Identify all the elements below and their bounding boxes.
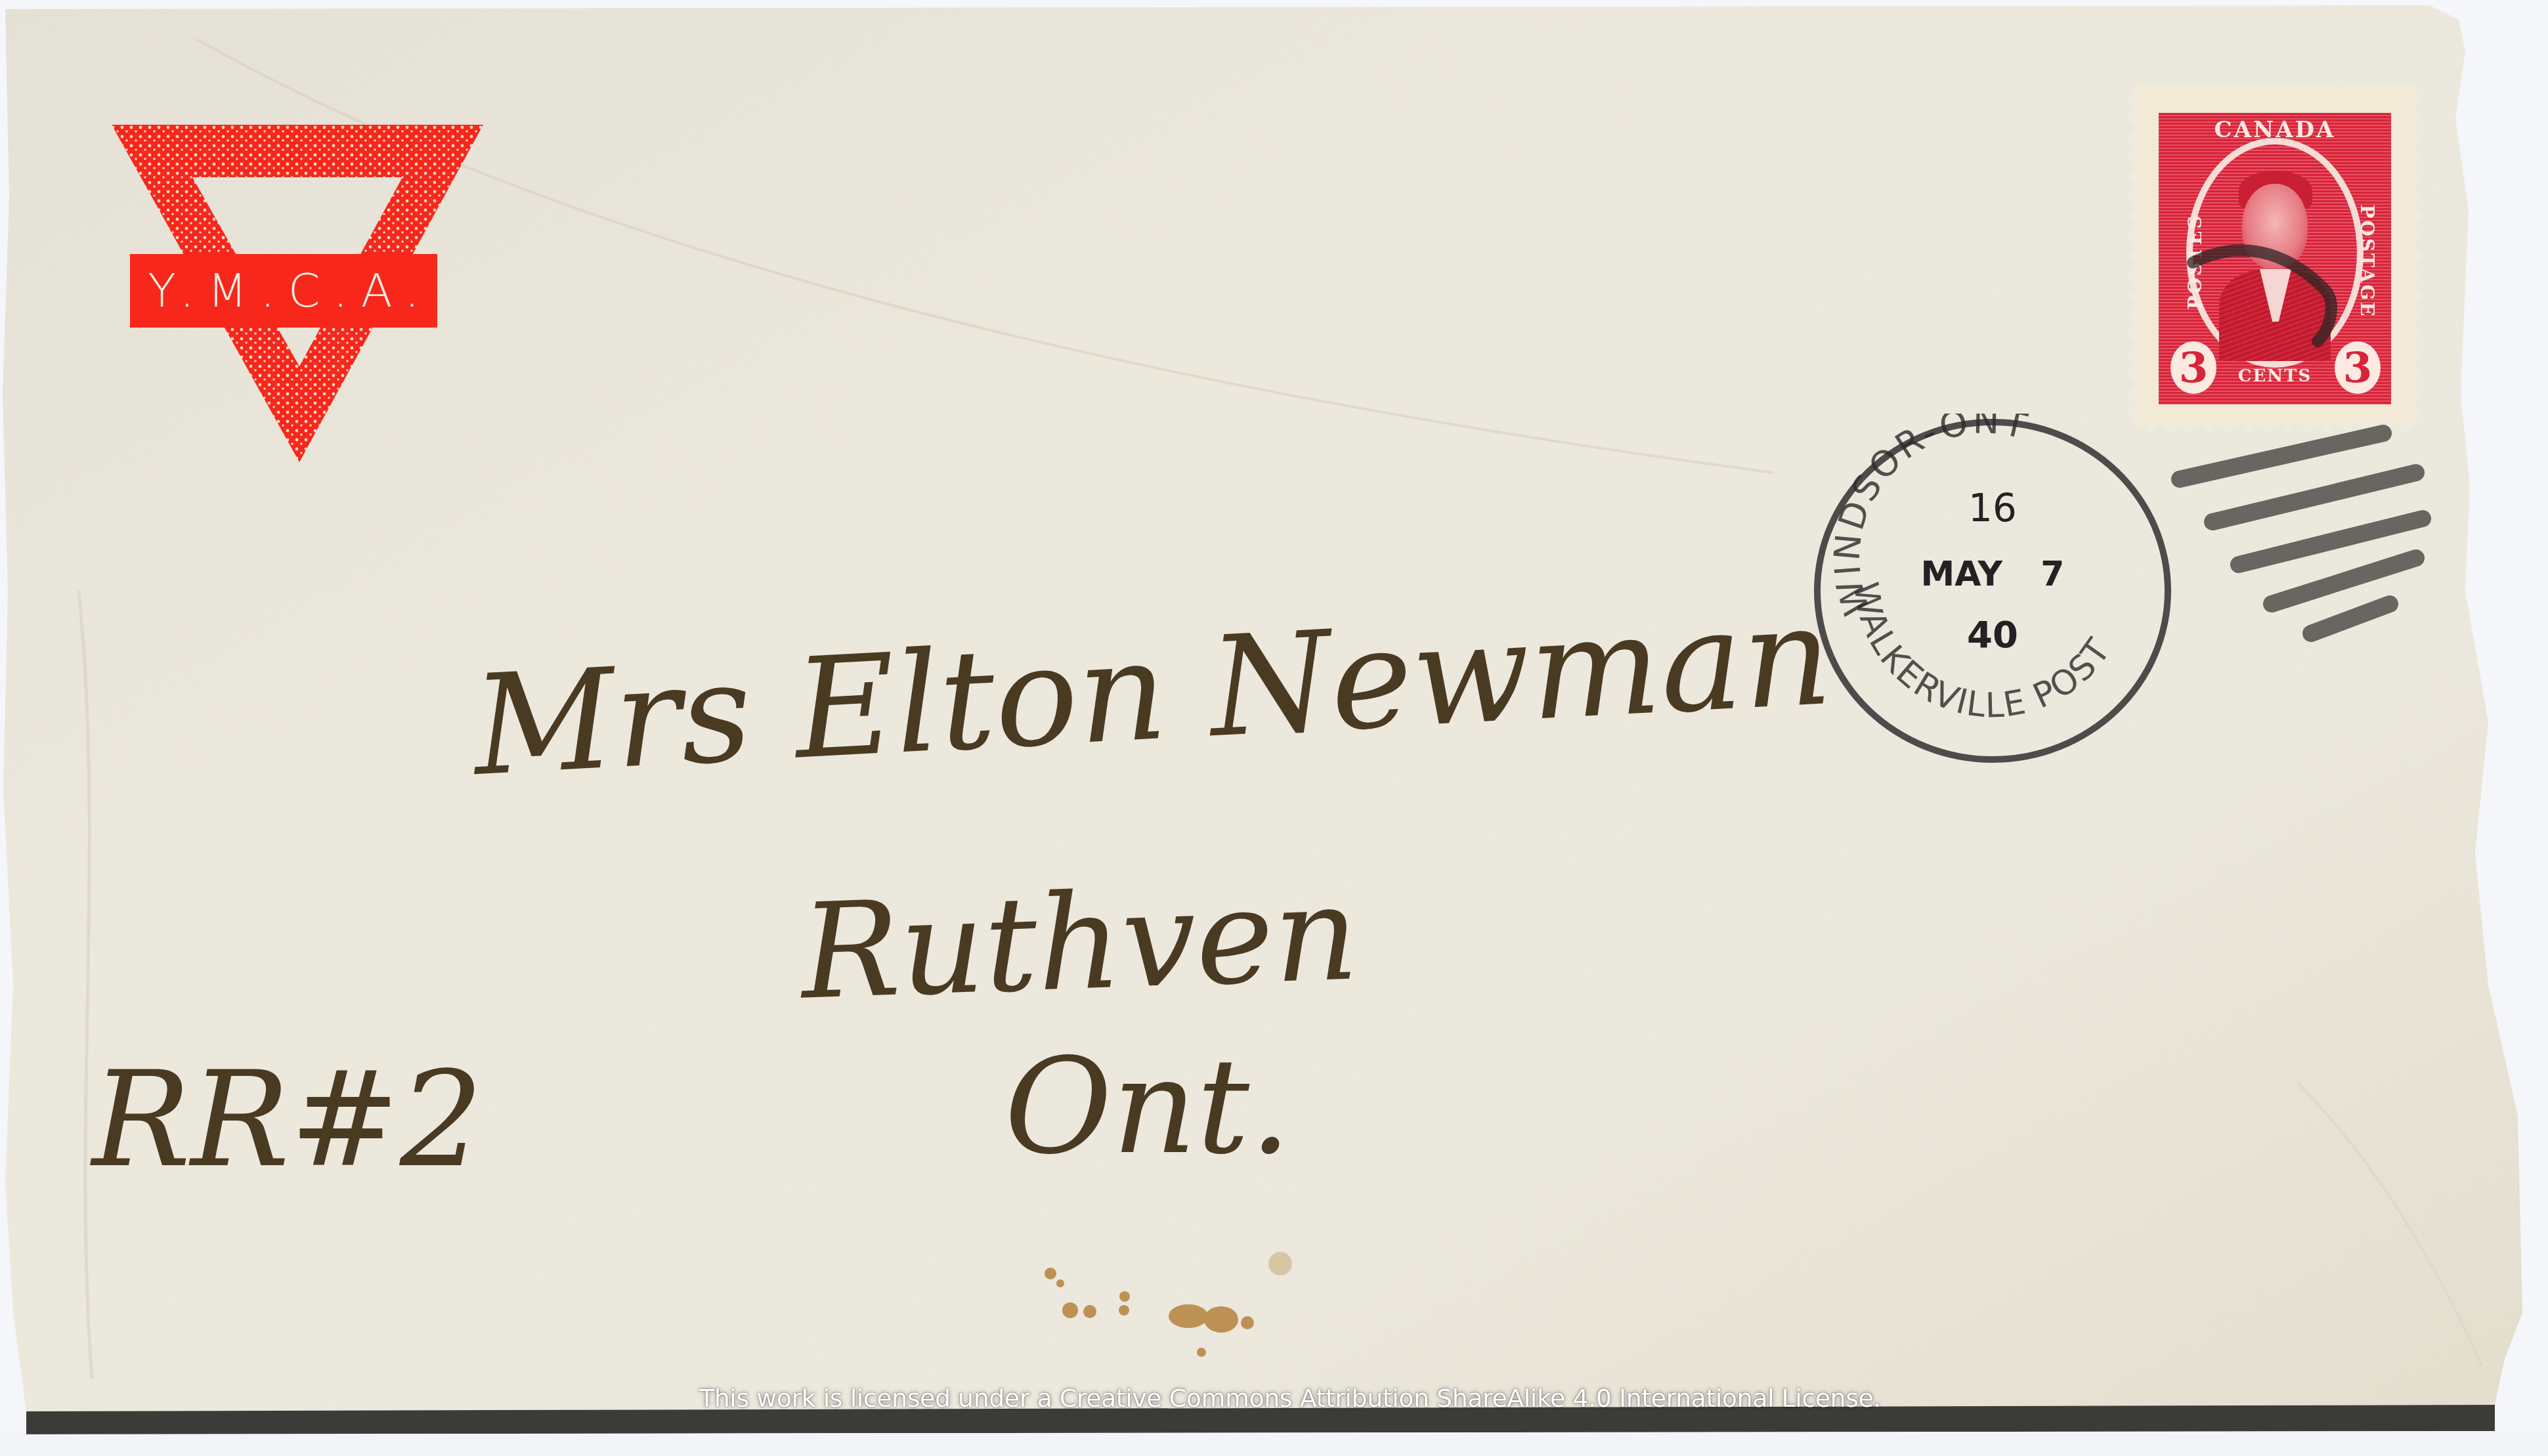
envelope: Y.M.C.A. CANADA POSTES POSTAGE 3 3 CENTS [0,0,2548,1456]
address-line-town: Ruthven [798,857,1360,1029]
postage-stamp: CANADA POSTES POSTAGE 3 3 CENTS [2121,72,2429,440]
address-route: RR#2 [92,1044,483,1197]
ymca-logo: Y.M.C.A. [110,125,485,466]
postmark: WINDSOR-ONT WALKERVILLE POSTAL STN 16 MA… [1809,414,2176,768]
postmark-hour: 16 [1809,486,2176,530]
ymca-wordmark: Y.M.C.A. [130,254,437,328]
postmark-day: 7 [2041,555,2064,594]
postmark-year: 40 [1809,614,2176,656]
license-notice: This work is licensed under a Creative C… [584,1384,1996,1413]
bar-cancel [2167,407,2442,643]
postmark-month-day: MAY 7 [1809,555,2176,594]
cancel-smudge [2121,72,2429,440]
address-line-province: Ont. [1004,1031,1291,1184]
postmark-month: MAY [1921,555,2003,594]
